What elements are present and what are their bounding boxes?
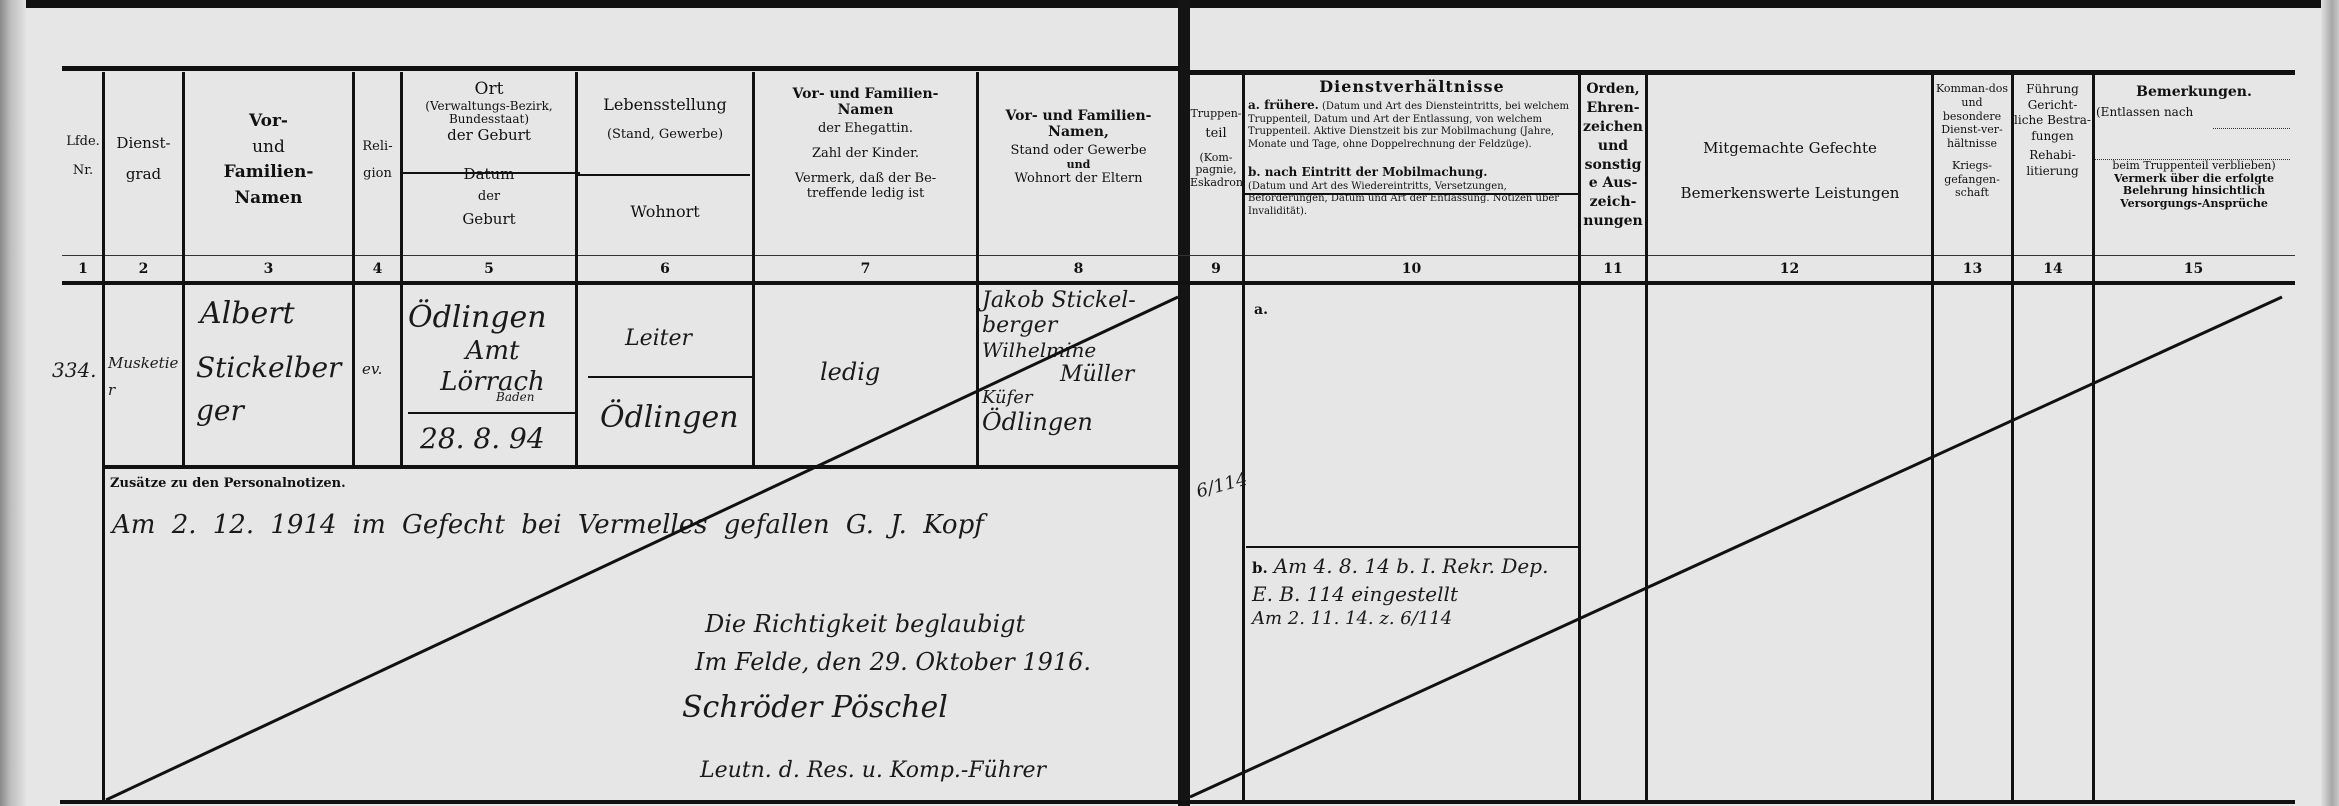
diag-line-left [106,297,1178,800]
cancellation-lines [0,0,2339,806]
diag-line-right [1190,297,2282,797]
